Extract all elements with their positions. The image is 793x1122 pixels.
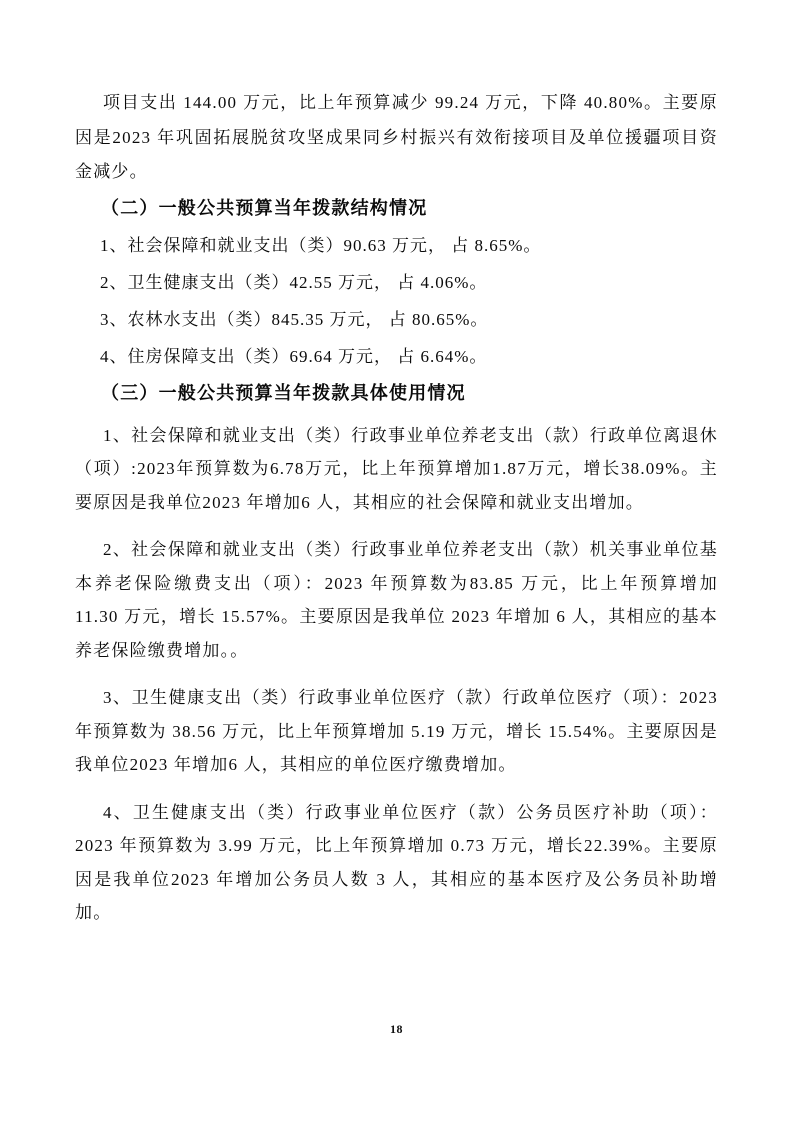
usage-paragraph-4: 4、卫生健康支出（类）行政事业单位医疗（款）公务员医疗补助（项）：2023 年预… <box>75 796 718 930</box>
section-heading-3-usage: （三）一般公共预算当年拨款具体使用情况 <box>75 375 718 412</box>
page-content: 项目支出 144.00 万元，比上年预算减少 99.24 万元，下降 40.80… <box>75 86 718 930</box>
document-page: 项目支出 144.00 万元，比上年预算减少 99.24 万元，下降 40.80… <box>0 0 793 1122</box>
list-item-social-security: 1、社会保障和就业支出（类）90.63 万元， 占 8.65%。 <box>75 227 718 264</box>
list-item-health: 2、卫生健康支出（类）42.55 万元， 占 4.06%。 <box>75 264 718 301</box>
usage-paragraph-3: 3、卫生健康支出（类）行政事业单位医疗（款）行政单位医疗（项）：2023年预算数… <box>75 681 718 782</box>
usage-paragraph-2: 2、社会保障和就业支出（类）行政事业单位养老支出（款）机关事业单位基本养老保险缴… <box>75 533 718 667</box>
page-number: 18 <box>0 1022 793 1037</box>
section-heading-2-structure: （二）一般公共预算当年拨款结构情况 <box>75 190 718 227</box>
list-item-housing: 4、住房保障支出（类）69.64 万元， 占 6.64%。 <box>75 338 718 375</box>
usage-paragraph-1: 1、社会保障和就业支出（类）行政事业单位养老支出（款）行政单位离退休（项）:20… <box>75 419 718 520</box>
intro-paragraph-project-expenditure: 项目支出 144.00 万元，比上年预算减少 99.24 万元，下降 40.80… <box>75 86 718 190</box>
list-item-agriculture: 3、农林水支出（类）845.35 万元， 占 80.65%。 <box>75 301 718 338</box>
